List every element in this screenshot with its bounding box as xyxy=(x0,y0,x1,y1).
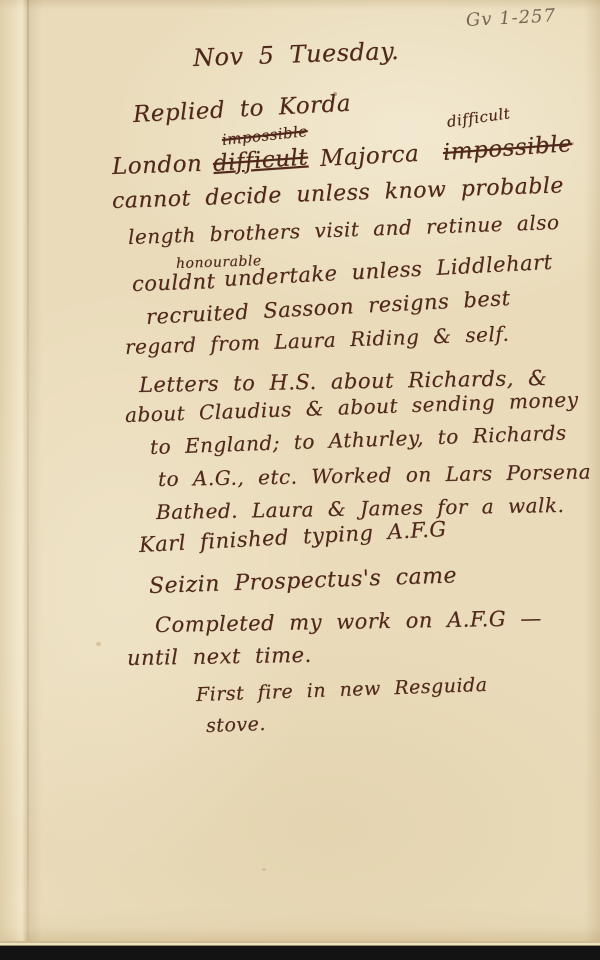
manuscript-line: to A.G., etc. Worked on Lars Porsena xyxy=(158,461,591,489)
manuscript-line: Karl finished typing A.F.G xyxy=(138,519,447,556)
manuscript-line: couldnt xyxy=(132,271,216,295)
manuscript-photo: Gv 1-257 Nov 5 Tuesday. Replied to Korda… xyxy=(0,0,600,960)
age-spot xyxy=(96,642,101,646)
page-fold-line xyxy=(27,0,29,941)
manuscript-line: undertake unless Liddlehart xyxy=(223,252,553,290)
manuscript-line: Replied to Korda xyxy=(132,93,351,127)
manuscript-line: difficult xyxy=(446,106,511,130)
manuscript-page: Gv 1-257 Nov 5 Tuesday. Replied to Korda… xyxy=(0,0,600,941)
manuscript-line: Seizin Prospectus's came xyxy=(149,565,458,598)
manuscript-line: stove. xyxy=(206,715,266,736)
age-spot xyxy=(262,868,266,871)
manuscript-line: regard from Laura Riding & self. xyxy=(125,324,510,357)
manuscript-line: Completed my work on A.F.G — xyxy=(155,608,542,636)
manuscript-line: impossible xyxy=(442,133,573,165)
entry-date-heading: Nov 5 Tuesday. xyxy=(193,39,400,70)
manuscript-line: recruited Sassoon resigns best xyxy=(145,288,511,328)
manuscript-line: until next time. xyxy=(127,645,312,669)
manuscript-line: to England; to Athurley, to Richards xyxy=(150,422,567,457)
manuscript-line: London xyxy=(112,153,203,179)
manuscript-line: length brothers visit and retinue also xyxy=(128,212,560,247)
manuscript-line: difficult xyxy=(212,146,309,176)
catalog-mark: Gv 1-257 xyxy=(466,7,557,30)
manuscript-line: Bathed. Laura & James for a walk. xyxy=(156,495,565,522)
manuscript-line: Majorca xyxy=(319,143,419,171)
manuscript-line: First fire in new Resguida xyxy=(196,676,488,705)
manuscript-line: cannot decide unless know probable xyxy=(112,175,565,213)
